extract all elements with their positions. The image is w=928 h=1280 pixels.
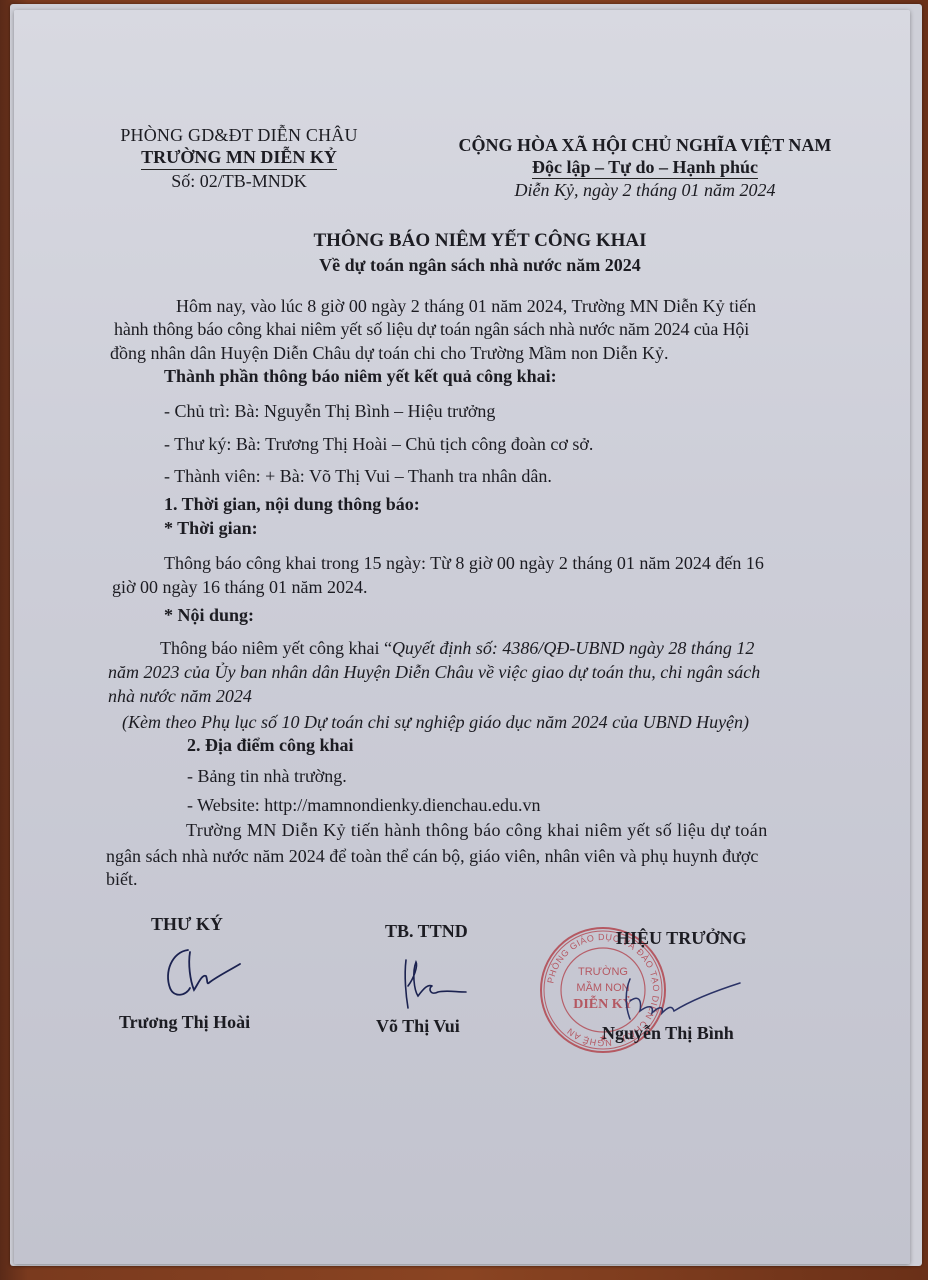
document-number: Số: 02/TB-MNDK	[104, 170, 374, 192]
intro-line-2: hành thông báo công khai niêm yết số liệ…	[114, 319, 749, 340]
location-board: - Bảng tin nhà trường.	[187, 766, 347, 787]
content-heading: * Nội dung:	[164, 605, 254, 626]
place-date: Diễn Kỷ, ngày 2 tháng 01 năm 2024	[430, 179, 860, 201]
content-line-2: năm 2023 của Ủy ban nhân dân Huyện Diễn …	[108, 662, 760, 683]
document-subtitle: Về dự toán ngân sách nhà nước năm 2024	[0, 255, 928, 276]
member-inspector: - Thành viên: + Bà: Võ Thị Vui – Thanh t…	[164, 466, 552, 487]
intro-line-3: đồng nhân dân Huyện Diễn Châu dự toán ch…	[110, 343, 668, 364]
closing-line-2: ngân sách nhà nước năm 2024 để toàn thể …	[106, 846, 758, 867]
content-line-3: nhà nước năm 2024	[108, 686, 252, 707]
time-line-1: Thông báo công khai trong 15 ngày: Từ 8 …	[164, 553, 764, 574]
signature-role-principal: HIỆU TRƯỞNG	[616, 928, 747, 949]
signature-name-inspector: Võ Thị Vui	[376, 1016, 460, 1037]
content-line-1: Thông báo niêm yết công khai “Quyết định…	[160, 638, 754, 659]
location-website: - Website: http://mamnondienky.dienchau.…	[187, 795, 540, 816]
intro-line-1: Hôm nay, vào lúc 8 giờ 00 ngày 2 tháng 0…	[176, 296, 756, 317]
member-chair: - Chủ trì: Bà: Nguyễn Thị Bình – Hiệu tr…	[164, 401, 495, 422]
national-motto: Độc lập – Tự do – Hạnh phúc	[532, 156, 758, 179]
signature-principal	[620, 975, 750, 1025]
signature-name-principal: Nguyễn Thị Bình	[602, 1023, 734, 1044]
issuer-block: PHÒNG GD&ĐT DIỄN CHÂU TRƯỜNG MN DIỄN KỶ …	[104, 124, 374, 192]
decision-ref: Quyết định số: 4386/QĐ-UBND ngày 28 thán…	[392, 638, 754, 658]
signature-role-secretary: THƯ KÝ	[151, 914, 223, 935]
closing-line-3: biết.	[106, 869, 138, 890]
signature-role-inspector: TB. TTND	[385, 921, 468, 942]
time-heading: * Thời gian:	[164, 518, 258, 539]
time-line-2: giờ 00 ngày 16 tháng 01 năm 2024.	[112, 577, 368, 598]
document-title: THÔNG BÁO NIÊM YẾT CÔNG KHAI	[0, 230, 928, 252]
signature-secretary	[160, 944, 250, 1004]
department-name: PHÒNG GD&ĐT DIỄN CHÂU	[104, 124, 374, 146]
nation-name: CỘNG HÒA XÃ HỘI CHỦ NGHĨA VIỆT NAM	[430, 134, 860, 156]
national-header: CỘNG HÒA XÃ HỘI CHỦ NGHĨA VIỆT NAM Độc l…	[430, 134, 860, 201]
section-1-heading: 1. Thời gian, nội dung thông báo:	[164, 494, 420, 515]
school-name: TRƯỜNG MN DIỄN KỶ	[141, 146, 337, 170]
attachment-note: (Kèm theo Phụ lục số 10 Dự toán chi sự n…	[122, 712, 749, 733]
section-2-heading: 2. Địa điểm công khai	[187, 735, 354, 756]
closing-line-1: Trường MN Diễn Kỷ tiến hành thông báo cô…	[186, 820, 768, 841]
signature-name-secretary: Trương Thị Hoài	[119, 1012, 250, 1033]
member-secretary: - Thư ký: Bà: Trương Thị Hoài – Chủ tịch…	[164, 434, 593, 455]
signature-inspector	[396, 956, 476, 1016]
members-heading: Thành phần thông báo niêm yết kết quả cô…	[164, 366, 557, 387]
content-prefix: Thông báo niêm yết công khai “	[160, 638, 392, 658]
